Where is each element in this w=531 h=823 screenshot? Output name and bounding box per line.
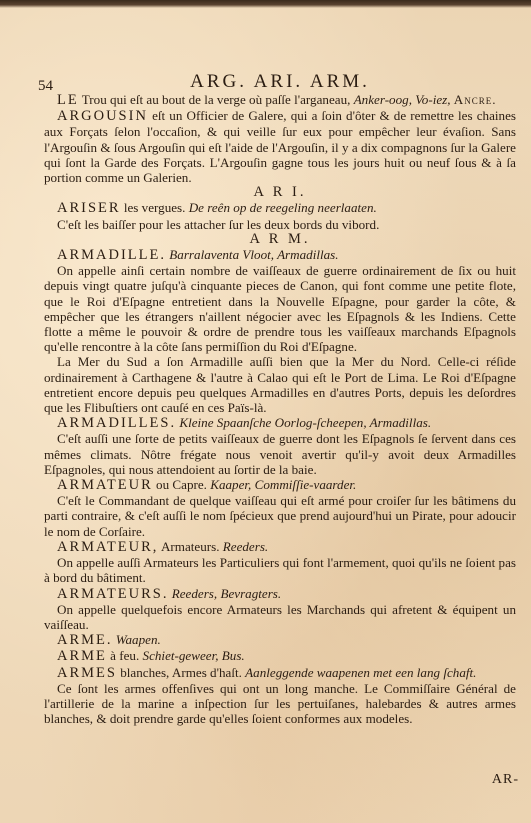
entry-text: ou Capre.: [153, 477, 210, 492]
dutch-translation: Waapen.: [113, 632, 161, 647]
dutch-translation: Barralaventa Vloot, Armadillas.: [166, 247, 339, 262]
headword: ARISER: [57, 200, 121, 216]
entry-armateurs: ARMATEURS. Reeders, Bevragters.: [44, 586, 516, 602]
headword: ARME.: [57, 632, 113, 648]
entry-ariser: ARISER les vergues. De reên op de reegel…: [44, 200, 516, 216]
headword: ARMATEURS.: [57, 586, 168, 602]
entry-text: blanches, Armes d'haſt.: [117, 665, 245, 680]
entry-armadilles: ARMADILLES. Kleine Spaanſche Oorlog-ſche…: [44, 415, 516, 431]
dutch-translation: Reeders, Bevragters.: [168, 586, 281, 601]
entry-text: à feu.: [107, 648, 143, 663]
headword: ARGOUSIN: [57, 108, 148, 124]
headword: ARMADILLE.: [57, 247, 166, 263]
entry-armateur-armateurs: ARMATEUR, Armateurs. Reeders.: [44, 539, 516, 555]
entry-arme: ARME. Waapen.: [44, 632, 516, 648]
armadille-para-2: La Mer du Sud a ſon Armadille auſſi bien…: [44, 354, 516, 415]
dutch-translation: Aanleggende waapenen met een lang ſchaft…: [245, 665, 476, 680]
armateur-armateurs-para: On appelle auſſi Armateurs les Particuli…: [44, 555, 516, 585]
page-top-edge: [0, 0, 531, 8]
entry-armadille: ARMADILLE. Barralaventa Vloot, Armadilla…: [44, 247, 516, 263]
entry-le-trou: LE Trou qui eſt au bout de la verge où p…: [44, 92, 516, 108]
section-arm: A R M.: [44, 232, 516, 247]
entry-armes-blanches: ARMES blanches, Armes d'haſt. Aanleggend…: [44, 665, 516, 681]
entry-arme-a-feu: ARME à feu. Schiet-geweer, Bus.: [44, 648, 516, 664]
dutch-translation: Kleine Spaanſche Oorlog-ſcheepen, Armadi…: [176, 415, 431, 430]
headword: LE: [57, 92, 79, 108]
dutch-translation: Anker-oog, Vo-iez,: [354, 92, 451, 107]
armadilles-para: C'eſt auſſi une ſorte de petits vaiſſeau…: [44, 431, 516, 477]
dutch-translation: De reên op de reegeling neerlaaten.: [189, 200, 377, 215]
armateur-capre-para: C'eſt le Commandant de quelque vaiſſeau …: [44, 493, 516, 539]
section-ari: A R I.: [44, 185, 516, 200]
dutch-translation: Kaaper, Commiſſie-vaarder.: [210, 477, 356, 492]
entry-text: les vergues.: [121, 200, 189, 215]
armes-blanches-para: Ce ſont les armes offenſives qui ont un …: [44, 681, 516, 727]
dutch-translation: Schiet-geweer, Bus.: [143, 648, 245, 663]
headword: ARMATEUR,: [57, 539, 158, 555]
entry-text: Armateurs.: [158, 539, 222, 554]
armateurs-para: On appelle quelquefois encore Armateurs …: [44, 602, 516, 632]
dutch-translation: Reeders.: [223, 539, 268, 554]
page-header: 54 ARG. ARI. ARM.: [44, 74, 516, 92]
cross-reference: Ancre.: [454, 92, 497, 107]
catchword: AR-: [492, 772, 519, 788]
page-body: LE Trou qui eſt au bout de la verge où p…: [44, 92, 516, 726]
headword: ARMADILLES.: [57, 415, 176, 431]
running-head: ARG. ARI. ARM.: [44, 71, 516, 93]
armadille-para-1: On appelle ainſi certain nombre de vaiſſ…: [44, 263, 516, 354]
entry-armateur-capre: ARMATEUR ou Capre. Kaaper, Commiſſie-vaa…: [44, 477, 516, 493]
headword: ARMATEUR: [57, 477, 153, 493]
entry-argousin: ARGOUSIN eſt un Officier de Galere, qui …: [44, 108, 516, 185]
headword: ARMES: [57, 665, 117, 681]
headword: ARME: [57, 648, 107, 664]
entry-text: Trou qui eſt au bout de la verge où paſſ…: [79, 92, 354, 107]
dictionary-page: 54 ARG. ARI. ARM. LE Trou qui eſt au bou…: [44, 74, 516, 726]
ariser-definition: C'eſt les baiſſer pour les attacher ſur …: [44, 217, 516, 232]
